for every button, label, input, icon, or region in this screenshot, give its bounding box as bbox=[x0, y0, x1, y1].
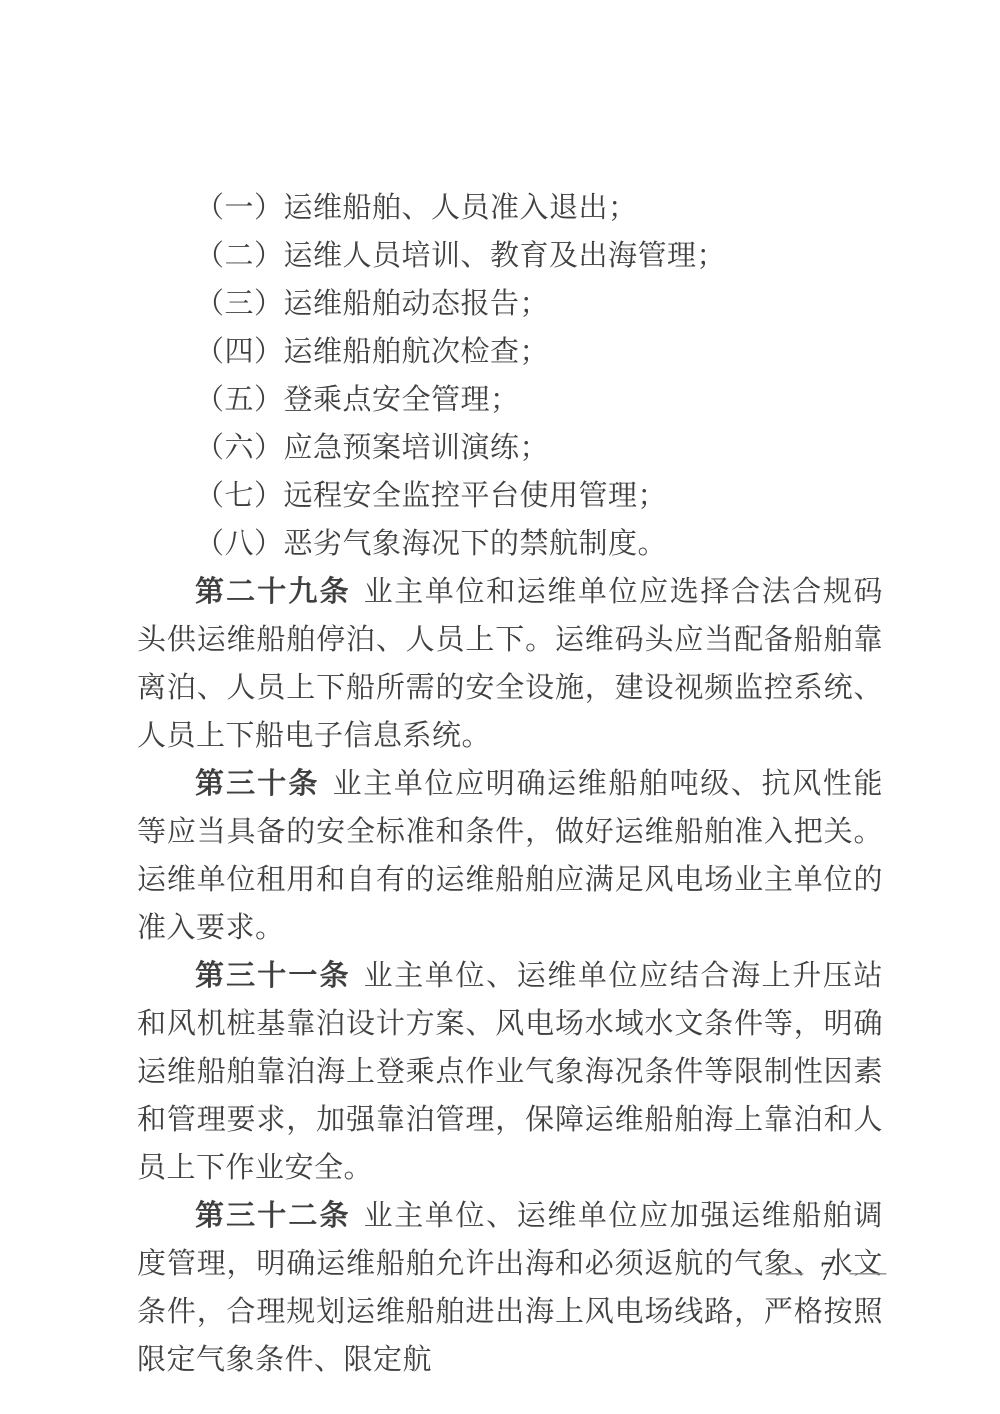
list-item: （五）登乘点安全管理； bbox=[137, 376, 883, 424]
list-item: （二）运维人员培训、教育及出海管理； bbox=[137, 232, 883, 280]
footer-dash-left: — bbox=[767, 1252, 803, 1292]
article-number: 第三十条 bbox=[195, 768, 320, 800]
article-paragraph: 第三十一条业主单位、运维单位应结合海上升压站和风机桩基靠泊设计方案、风电场水域水… bbox=[137, 952, 883, 1192]
list-item: （六）应急预案培训演练； bbox=[137, 424, 883, 472]
footer-dash-right: — bbox=[850, 1252, 886, 1292]
page-number: 7 bbox=[820, 1252, 833, 1292]
article-paragraph: 第二十九条业主单位和运维单位应选择合法合规码头供运维船舶停泊、人员上下。运维码头… bbox=[137, 568, 883, 760]
document-page: （一）运维船舶、人员准入退出； （二）运维人员培训、教育及出海管理； （三）运维… bbox=[0, 0, 1000, 1414]
list-item: （三）运维船舶动态报告； bbox=[137, 280, 883, 328]
page-footer: — 7 — bbox=[772, 1252, 881, 1292]
list-item: （四）运维船舶航次检查； bbox=[137, 328, 883, 376]
article-text: 业主单位、运维单位应结合海上升压站和风机桩基靠泊设计方案、风电场水域水文条件等，… bbox=[137, 960, 883, 1184]
article-number: 第三十二条 bbox=[195, 1200, 351, 1232]
article-paragraph: 第三十条业主单位应明确运维船舶吨级、抗风性能等应当具备的安全标准和条件，做好运维… bbox=[137, 760, 883, 952]
document-body: （一）运维船舶、人员准入退出； （二）运维人员培训、教育及出海管理； （三）运维… bbox=[137, 184, 883, 1384]
list-item: （八）恶劣气象海况下的禁航制度。 bbox=[137, 520, 883, 568]
article-number: 第三十一条 bbox=[195, 960, 351, 992]
article-number: 第二十九条 bbox=[195, 576, 351, 608]
list-item: （七）远程安全监控平台使用管理； bbox=[137, 472, 883, 520]
list-item: （一）运维船舶、人员准入退出； bbox=[137, 184, 883, 232]
